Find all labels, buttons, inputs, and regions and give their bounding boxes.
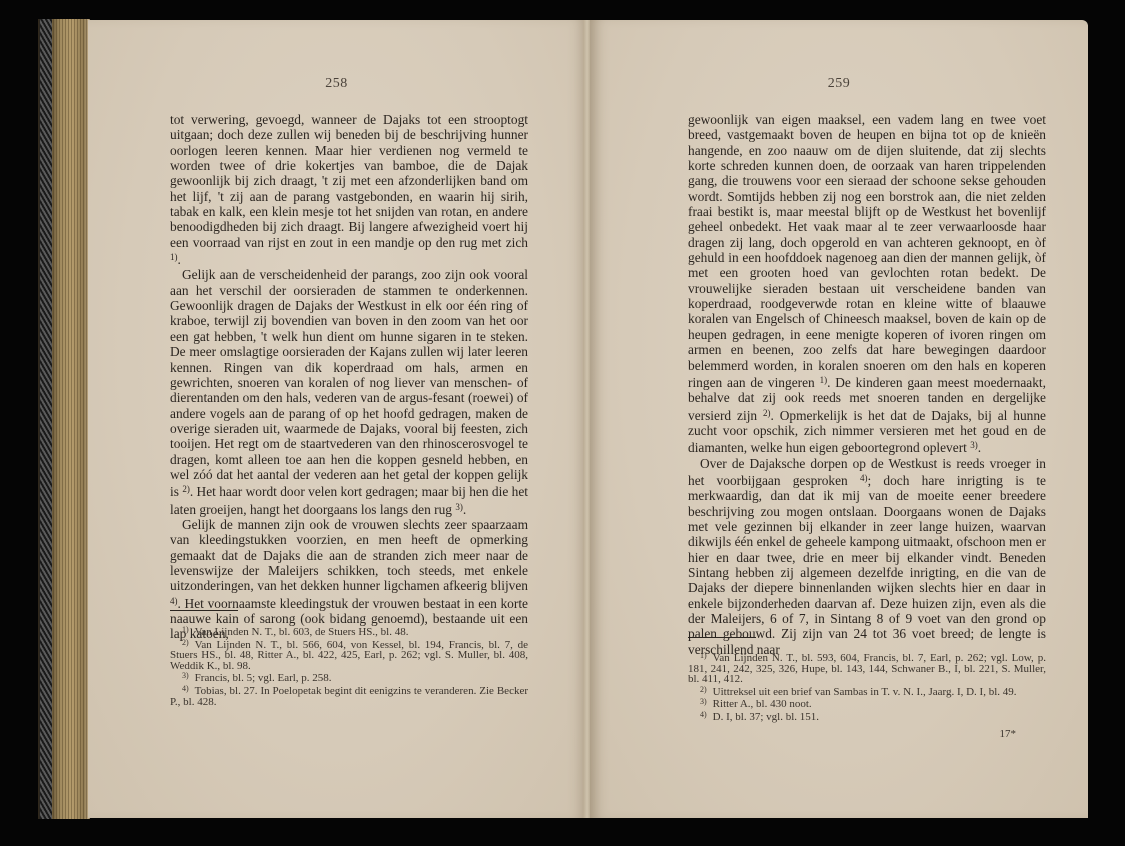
open-book: 258 tot verwering, gevoegd, wanneer de D… <box>38 17 1090 821</box>
body-text: gewoonlijk van eigen maaksel, een vadem … <box>688 112 1046 657</box>
page-number: 259 <box>590 76 1088 92</box>
footnote: 1)Van Lijnden N. T., bl. 593, 604, Franc… <box>688 651 1046 685</box>
footnote: 2)Uittreksel uit een brief van Sambas in… <box>688 685 1046 698</box>
right-page: 259 gewoonlijk van eigen maaksel, een va… <box>590 20 1088 818</box>
paragraph: Over de Dajaksche dorpen op de Westkust … <box>688 456 1046 657</box>
paragraph: Gelijk de mannen zijn ook de vrouwen sle… <box>170 517 528 642</box>
left-page: 258 tot verwering, gevoegd, wanneer de D… <box>88 20 585 818</box>
footnote: 3)Francis, bl. 5; vgl. Earl, p. 258. <box>170 671 528 684</box>
footnote: 3)Ritter A., bl. 430 noot. <box>688 697 1046 710</box>
footnote-ref: 1) <box>820 375 828 385</box>
paragraph: Gelijk aan de verscheidenheid der parang… <box>170 267 528 517</box>
cover-edge <box>40 19 52 819</box>
signature-mark: 17* <box>1000 728 1017 740</box>
footnote-ref: 4) <box>170 596 178 606</box>
page-number: 258 <box>88 76 585 92</box>
footnote-ref: 1) <box>170 252 178 262</box>
footnote-divider <box>170 610 238 611</box>
body-text: tot verwering, gevoegd, wanneer de Dajak… <box>170 112 528 642</box>
page-edges <box>38 19 90 819</box>
footnote-ref: 2) <box>763 408 771 418</box>
footnotes: 1)Van Lijnden N. T., bl. 603, de Stuers … <box>170 625 528 707</box>
footnote-ref: 3) <box>455 502 463 512</box>
footnote: 2)Van Lijnden N. T., bl. 566, 604, von K… <box>170 638 528 672</box>
footnote: 1)Van Lijnden N. T., bl. 603, de Stuers … <box>170 625 528 638</box>
paragraph: gewoonlijk van eigen maaksel, een vadem … <box>688 112 1046 456</box>
footnote: 4)D. I, bl. 37; vgl. bl. 151. <box>688 710 1046 723</box>
footnote-ref: 3) <box>970 440 978 450</box>
footnotes: 1)Van Lijnden N. T., bl. 593, 604, Franc… <box>688 651 1046 723</box>
footnote-divider <box>688 637 756 638</box>
footnote-ref: 2) <box>182 484 190 494</box>
paragraph: tot verwering, gevoegd, wanneer de Dajak… <box>170 112 528 267</box>
footnote: 4)Tobias, bl. 27. In Poelopetak begint d… <box>170 684 528 707</box>
